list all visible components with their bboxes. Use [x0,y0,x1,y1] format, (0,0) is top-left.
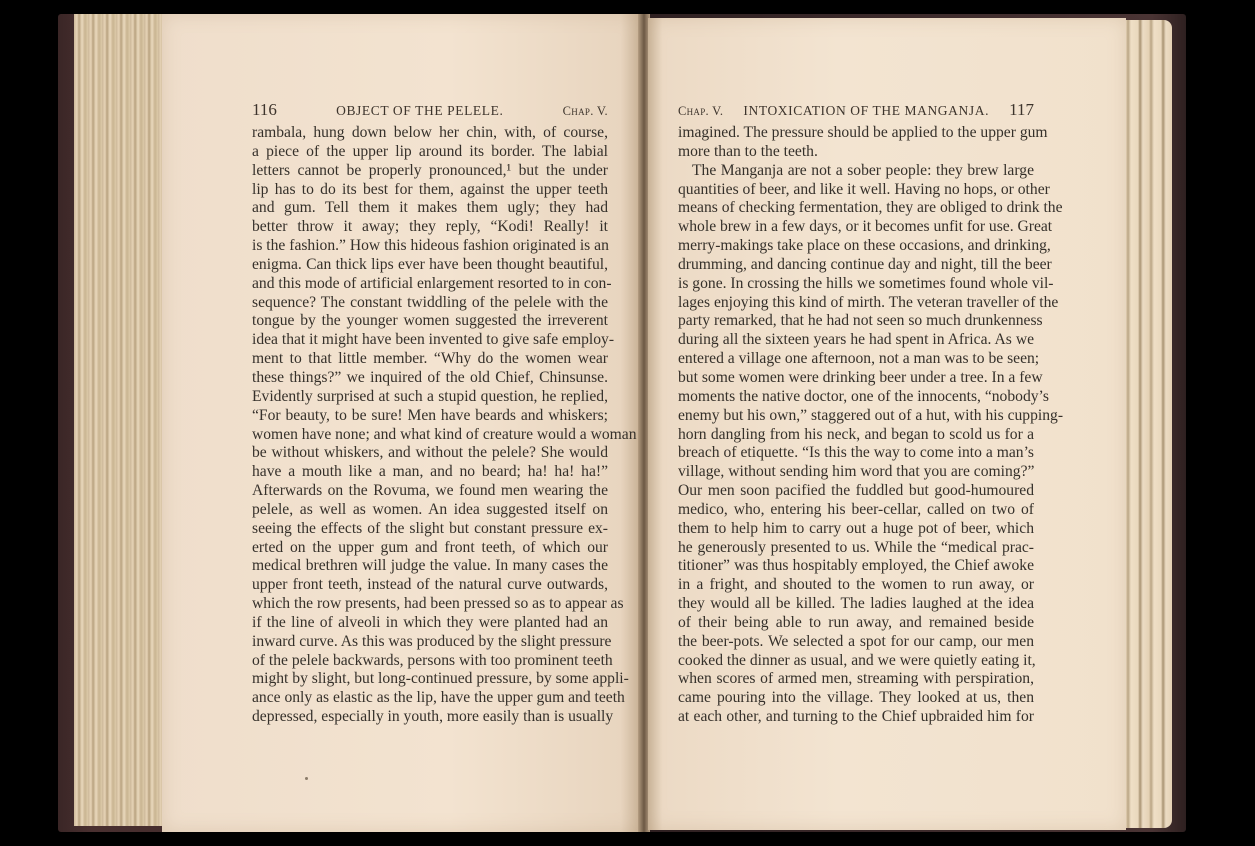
text-line: erted on the upper gum and front teeth, … [252,539,608,558]
text-line: means of checking fermentation, they are… [678,199,1034,218]
right-page-header: Chap. V. INTOXICATION OF THE MANGANJA. 1… [678,100,1034,120]
text-line: Our men soon pacified the fuddled but go… [678,482,1034,501]
text-line: might by slight, but long-continued pres… [252,670,608,689]
text-line: imagined. The pressure should be applied… [678,124,1034,143]
text-line: and gum. Tell them it makes them ugly; t… [252,199,608,218]
text-line: more than to the teeth. [678,143,1034,162]
text-line: tongue by the younger women suggested th… [252,312,608,331]
text-line: they would all be killed. The ladies lau… [678,595,1034,614]
left-page-header: 116 OBJECT OF THE PELELE. Chap. V. [252,100,608,120]
right-page-body: imagined. The pressure should be applied… [678,124,1034,727]
text-line: women have none; and what kind of creatu… [252,426,608,445]
chapter-label: Chap. V. [563,104,608,119]
text-line: enemy but his own,” staggered out of a h… [678,407,1034,426]
running-title: INTOXICATION OF THE MANGANJA. [743,103,989,119]
text-line: party remarked, that he had not seen so … [678,312,1034,331]
text-line: breach of etiquette. “Is this the way to… [678,444,1034,463]
text-line: is the fashion.” How this hideous fashio… [252,237,608,256]
text-line: in a fright, and shouted to the women to… [678,576,1034,595]
text-line: of the pelele backwards, persons with to… [252,652,608,671]
text-line: is gone. In crossing the hills we someti… [678,275,1034,294]
text-line: quantities of beer, and like it well. Ha… [678,181,1034,200]
left-page-body: rambala, hung down below her chin, with,… [252,124,608,727]
text-line: have a mouth like a man, and no beard; h… [252,463,608,482]
text-line: enigma. Can thick lips ever have been th… [252,256,608,275]
text-line: and this mode of artificial enlargement … [252,275,608,294]
chapter-label: Chap. V. [678,104,723,119]
text-line: titioner” was thus hospitably employed, … [678,557,1034,576]
text-line: cooked the dinner as usual, and we were … [678,652,1034,671]
text-line: came pouring into the village. They look… [678,689,1034,708]
text-line: if the line of alveoli in which they wer… [252,614,608,633]
text-line: “For beauty, to be sure! Men have beards… [252,407,608,426]
page-number: 117 [1009,100,1034,120]
text-line: during all the sixteen years he had spen… [678,331,1034,350]
text-line: these things?” we inquired of the old Ch… [252,369,608,388]
text-line: medical brethren will judge the value. I… [252,557,608,576]
text-line: entered a village one afternoon, not a m… [678,350,1034,369]
text-line: drumming, and dancing continue day and n… [678,256,1034,275]
text-line: The Manganja are not a sober people: the… [678,162,1034,181]
text-line: lip has to do its best for them, against… [252,181,608,200]
text-line: them to help him to carry out a huge pot… [678,520,1034,539]
text-line: idea that it might have been invented to… [252,331,608,350]
text-line: letters cannot be properly pronounced,¹ … [252,162,608,181]
text-line: better throw it away; they reply, “Kodi!… [252,218,608,237]
text-line: Afterwards on the Rovuma, we found men w… [252,482,608,501]
text-line: sequence? The constant twiddling of the … [252,294,608,313]
text-line: medico, who, entering his beer-cellar, c… [678,501,1034,520]
text-line: merry-makings take place on these occasi… [678,237,1034,256]
text-line: at each other, and turning to the Chief … [678,708,1034,727]
text-line: but some women were drinking beer under … [678,369,1034,388]
text-line: of their being able to run away, and rem… [678,614,1034,633]
text-line: seeing the effects of the slight but con… [252,520,608,539]
text-line: pelele, as well as women. An idea sugges… [252,501,608,520]
page-edges-left [74,14,165,826]
text-line: whole brew in a few days, or it becomes … [678,218,1034,237]
text-line: depressed, especially in youth, more eas… [252,708,608,727]
text-line: inward curve. As this was produced by th… [252,633,608,652]
text-line: horn dangling from his neck, and began t… [678,426,1034,445]
text-line: rambala, hung down below her chin, with,… [252,124,608,143]
running-title: OBJECT OF THE PELELE. [336,103,503,119]
text-line: when scores of armed men, streaming with… [678,670,1034,689]
text-line: ance only as elastic as the lip, have th… [252,689,608,708]
paper-speck [305,777,308,780]
text-line: lages enjoying this kind of mirth. The v… [678,294,1034,313]
page-number: 116 [252,100,277,120]
text-line: village, without sending him word that y… [678,463,1034,482]
text-line: which the row presents, had been pressed… [252,595,608,614]
page-edges-right [1120,20,1172,828]
text-line: a piece of the upper lip around its bord… [252,143,608,162]
text-line: be without whiskers, and without the pel… [252,444,608,463]
text-line: upper front teeth, instead of the natura… [252,576,608,595]
text-line: moments the native doctor, one of the in… [678,388,1034,407]
text-line: the beer-pots. We selected a spot for ou… [678,633,1034,652]
text-line: he generously presented to us. While the… [678,539,1034,558]
text-line: ment to that little member. “Why do the … [252,350,608,369]
text-line: Evidently surprised at such a stupid que… [252,388,608,407]
